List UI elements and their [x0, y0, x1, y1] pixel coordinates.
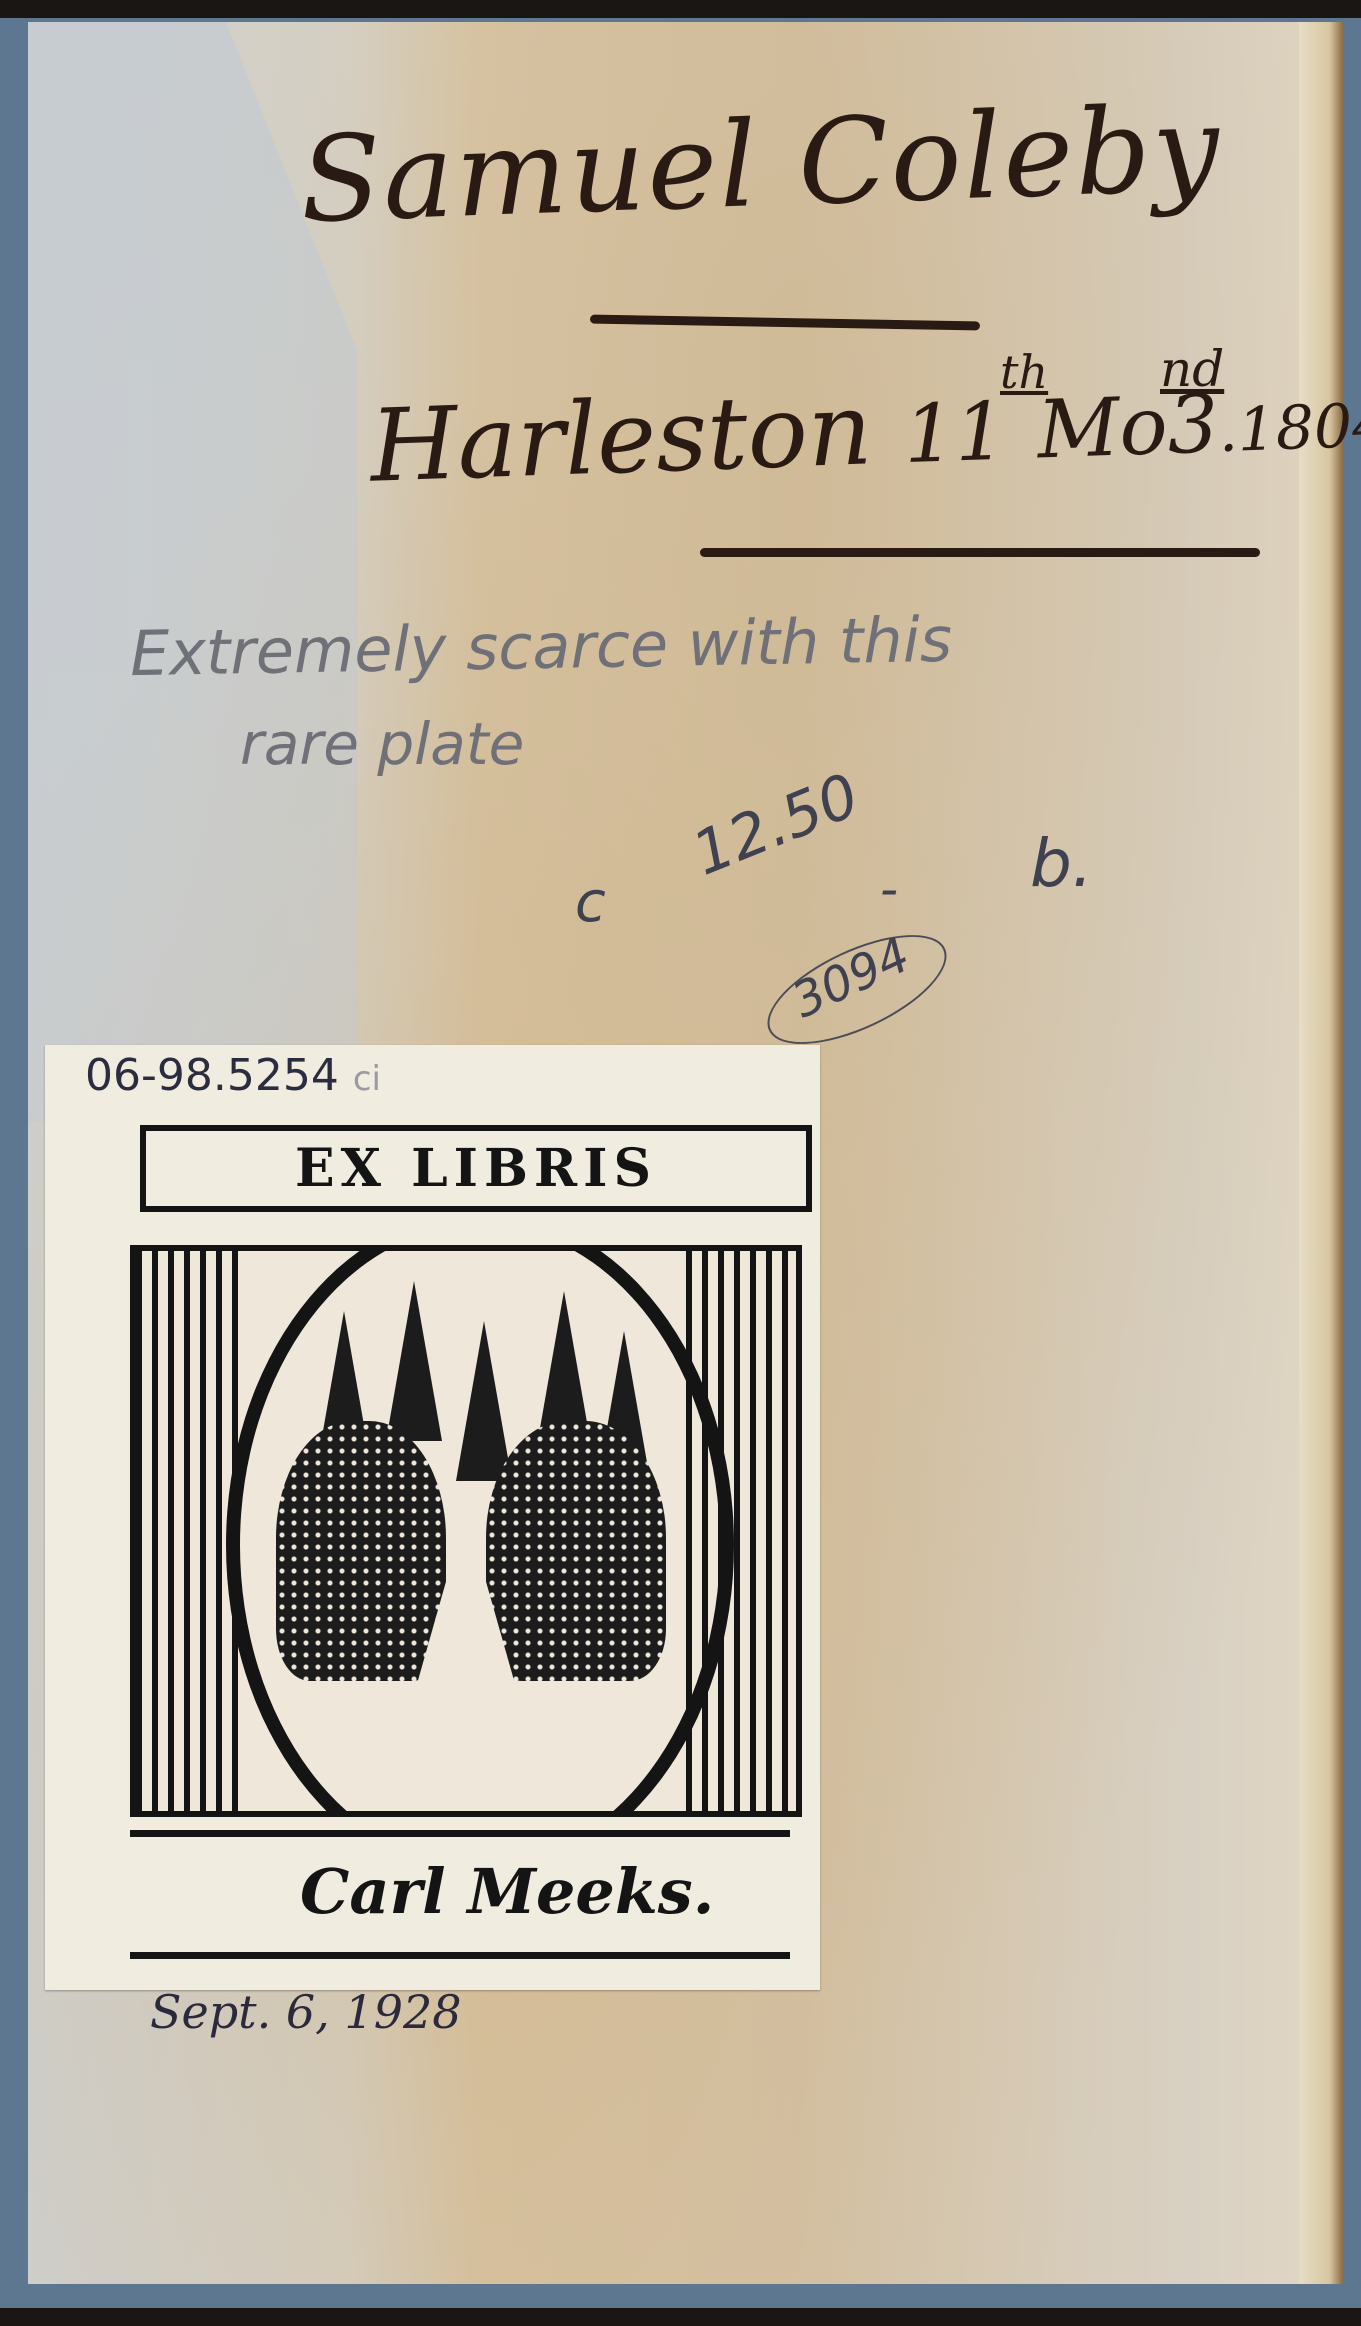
- bookplate-illustration: [130, 1245, 802, 1817]
- pencil-note-line1: Extremely scarce with this: [129, 603, 952, 690]
- ex-libris-header: EX LIBRIS: [140, 1125, 812, 1212]
- inscription-month-suffix: nd: [1160, 340, 1224, 398]
- pencil-dash: -: [880, 860, 898, 918]
- inscription-underline-2: [700, 548, 1260, 557]
- accession-number-text: 06-98.5254: [85, 1050, 339, 1101]
- inscription-day: 11: [902, 385, 1007, 481]
- accession-number: 06-98.5254 ci: [85, 1050, 381, 1101]
- accession-suffix: ci: [353, 1059, 381, 1099]
- acquisition-date: Sept. 6, 1928: [150, 1985, 462, 2039]
- inscription-day-suffix: th: [1000, 345, 1048, 399]
- pencil-mark: b.: [1030, 825, 1093, 902]
- pencil-note-line2: rare plate: [240, 710, 524, 778]
- floral-arch: [226, 1245, 734, 1817]
- inscription-month: Mo: [1036, 379, 1169, 476]
- inscription-year: 1804: [1236, 390, 1361, 465]
- inscription-place-name: Harleston: [368, 370, 874, 504]
- bookplate-owner-signature: Carl Meeks.: [300, 1855, 714, 1928]
- pencil-price-prefix: c: [575, 870, 606, 935]
